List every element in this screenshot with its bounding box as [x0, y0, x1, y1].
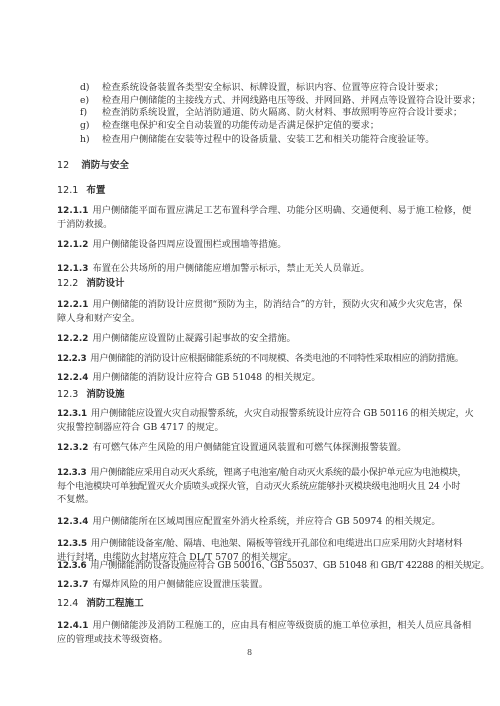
clause-text: 用户侧储能应采用自动灭火系统，锂离子电池室/舱自动灭火系统的最小保护单元应为电池…: [90, 467, 466, 478]
clause-text: 用户侧储能应设置火灾自动报警系统，火灾自动报警系统设计应符合 GB 50116 …: [91, 408, 474, 419]
list-marker: g): [80, 120, 102, 132]
section-title: 消防设计: [86, 278, 124, 289]
clause-number: 12.1.2: [57, 240, 88, 250]
clause-number: 12.3.2: [57, 443, 88, 453]
clause-number: 12.3.5: [57, 539, 87, 549]
clause-12-1-1: 12.1.1用户侧储能平面布置应满足工艺布置科学合理、功能分区明确、交通便利、易…: [57, 205, 457, 217]
section-number: 12.4: [57, 598, 78, 609]
clause-text: 每个电池模块可单独配置灭火介质喷头或探火管，自动灭火系统应能够扑灭模块级电池明火…: [57, 481, 460, 492]
clause-12-1-1-cont: 于消防救援。: [57, 219, 457, 231]
clause-text: 用户侧储能的消防设计应根据储能系统的不同规模、各类电池的不同特性采取相应的消防措…: [90, 353, 463, 364]
clause-12-1-2: 12.1.2用户侧储能设备四周应设置围栏或围墙等措施。: [57, 239, 457, 251]
clause-12-3-5: 12.3.5用户侧储能设备室/舱、隔墙、电池架、隔板等管线开孔部位和电缆进出口应…: [57, 538, 457, 550]
clause-12-3-1: 12.3.1用户侧储能应设置火灾自动报警系统，火灾自动报警系统设计应符合 GB …: [57, 408, 457, 420]
clause-text: 用户侧储能平面布置应满足工艺布置科学合理、功能分区明确、交通便利、易于施工检修，…: [92, 205, 471, 216]
list-text: 检查消防系统设置，全站消防通道、防火隔离、防火材料、事故照明等应符合设计要求；: [102, 107, 462, 118]
clause-12-2-1-cont: 障人身和财产安全。: [57, 313, 457, 325]
clause-number: 12.3.1: [57, 409, 87, 419]
list-text: 检查用户侧储能在安装等过程中的设备质量、安装工艺和相关功能符合度验证等。: [102, 134, 435, 145]
clause-number: 12.2.2: [57, 334, 88, 344]
clause-text: 用户侧储能的消防设计应符合 GB 51048 的相关规定。: [92, 372, 320, 383]
clause-12-3-3-cont2: 不复燃。: [57, 494, 457, 506]
clause-12-3-1-cont: 灾报警控制器应符合 GB 4717 的规定。: [57, 422, 457, 434]
clause-12-2-2: 12.2.2用户侧储能应设置防止凝露引起事故的安全措施。: [57, 333, 457, 345]
list-marker: d): [80, 82, 102, 94]
chapter-title: 消防与安全: [81, 160, 129, 171]
clause-text: 不复燃。: [57, 494, 94, 505]
section-title: 消防工程施工: [86, 598, 143, 609]
clause-number: 12.1.1: [57, 206, 88, 216]
clause-text: 障人身和财产安全。: [57, 313, 140, 324]
list-item-f: f)检查消防系统设置，全站消防通道、防火隔离、防火材料、事故照明等应符合设计要求…: [80, 107, 480, 119]
list-item-h: h)检查用户侧储能在安装等过程中的设备质量、安装工艺和相关功能符合度验证等。: [80, 134, 480, 146]
clause-12-4-1: 12.4.1用户侧储能涉及消防工程施工的，应由具有相应等级资质的施工单位承担，相…: [57, 620, 457, 632]
clause-number: 12.3.4: [57, 517, 88, 527]
list-text: 检查系统设备装置各类型安全标识、标牌设置，标识内容、位置等应符合设计要求；: [102, 82, 444, 93]
list-item-g: g)检查继电保护和安全自动装置的功能传动是否满足保护定值的要求；: [80, 120, 480, 132]
section-title: 消防设施: [86, 389, 124, 400]
clause-12-3-7: 12.3.7有爆炸风险的用户侧储能应设置泄压装置。: [57, 579, 457, 591]
section-title: 布置: [86, 185, 105, 196]
clause-text: 用户侧储能消防设备设施应符合 GB 50016、GB 55037、GB 5104…: [90, 560, 489, 571]
list-text: 检查用户侧储能的主接线方式、并网线路电压等级、并网回路、并网点等设置符合设计要求…: [102, 95, 481, 106]
clause-text: 于消防救援。: [57, 219, 112, 230]
clause-12-4-1-cont: 应的管理或技术等级资格。: [57, 634, 457, 646]
clause-12-3-3: 12.3.3用户侧储能应采用自动灭火系统，锂离子电池室/舱自动灭火系统的最小保护…: [57, 467, 457, 479]
chapter-number: 12: [57, 160, 69, 171]
clause-text: 用户侧储能的消防设计应贯彻“预防为主，防消结合”的方针，预防火灾和减少火灾危害，…: [92, 299, 462, 310]
list-marker: f): [80, 107, 102, 119]
clause-text: 用户侧储能设备四周应设置围栏或围墙等措施。: [92, 239, 286, 250]
section-heading-12-1: 12.1布置: [57, 185, 457, 197]
clause-12-2-1: 12.2.1用户侧储能的消防设计应贯彻“预防为主，防消结合”的方针，预防火灾和减…: [57, 299, 457, 311]
clause-text: 用户侧储能涉及消防工程施工的，应由具有相应等级资质的施工单位承担，相关人员应具备…: [92, 620, 471, 631]
list-marker: h): [80, 134, 102, 146]
clause-text: 有可燃气体产生风险的用户侧储能宜设置通风装置和可燃气体探测报警装置。: [92, 442, 406, 453]
clause-12-2-4: 12.2.4用户侧储能的消防设计应符合 GB 51048 的相关规定。: [57, 372, 457, 384]
section-number: 12.3: [57, 389, 78, 400]
section-heading-12-3: 12.3消防设施: [57, 389, 457, 401]
clause-text: 布置在公共场所的用户侧储能应增加警示标示，禁止无关人员靠近。: [92, 263, 369, 274]
list-text: 检查继电保护和安全自动装置的功能传动是否满足保护定值的要求；: [102, 120, 379, 131]
section-heading-12-2: 12.2消防设计: [57, 278, 457, 290]
clause-number: 12.1.3: [57, 264, 88, 274]
clause-12-3-2: 12.3.2有可燃气体产生风险的用户侧储能宜设置通风装置和可燃气体探测报警装置。: [57, 442, 457, 454]
clause-number: 12.3.3: [57, 468, 86, 478]
clause-text: 用户侧储能所在区域周围应配置室外消火栓系统，并应符合 GB 50974 的相关规…: [92, 516, 440, 527]
clause-12-3-3-cont: 每个电池模块可单独配置灭火介质喷头或探火管，自动灭火系统应能够扑灭模块级电池明火…: [57, 481, 457, 493]
clause-number: 12.2.1: [57, 300, 88, 310]
list-item-e: e)检查用户侧储能的主接线方式、并网线路电压等级、并网回路、并网点等设置符合设计…: [80, 95, 480, 107]
page-number: 8: [247, 648, 252, 657]
clause-number: 12.2.3: [57, 354, 86, 364]
clause-12-1-3: 12.1.3布置在公共场所的用户侧储能应增加警示标示，禁止无关人员靠近。: [57, 263, 457, 275]
clause-12-3-4: 12.3.4用户侧储能所在区域周围应配置室外消火栓系统，并应符合 GB 5097…: [57, 516, 457, 528]
clause-12-2-3: 12.2.3用户侧储能的消防设计应根据储能系统的不同规模、各类电池的不同特性采取…: [57, 353, 457, 365]
section-heading-12-4: 12.4消防工程施工: [57, 598, 457, 610]
list-marker: e): [80, 95, 102, 107]
clause-text: 应的管理或技术等级资格。: [57, 634, 168, 645]
clause-text: 有爆炸风险的用户侧储能应设置泄压装置。: [92, 579, 268, 590]
clause-number: 12.2.4: [57, 373, 88, 383]
section-number: 12.2: [57, 278, 78, 289]
section-number: 12.1: [57, 185, 78, 196]
clause-number: 12.4.1: [57, 621, 88, 631]
chapter-heading: 12消防与安全: [57, 160, 457, 172]
clause-text: 灾报警控制器应符合 GB 4717 的规定。: [57, 422, 224, 433]
list-item-d: d)检查系统设备装置各类型安全标识、标牌设置，标识内容、位置等应符合设计要求；: [80, 82, 480, 94]
clause-12-3-6: 12.3.6用户侧储能消防设备设施应符合 GB 50016、GB 55037、G…: [57, 560, 457, 572]
clause-text: 用户侧储能应设置防止凝露引起事故的安全措施。: [92, 333, 295, 344]
clause-text: 用户侧储能设备室/舱、隔墙、电池架、隔板等管线开孔部位和电缆进出口应采用防火封堵…: [91, 538, 462, 549]
clause-number: 12.3.6: [57, 561, 86, 571]
clause-number: 12.3.7: [57, 580, 88, 590]
